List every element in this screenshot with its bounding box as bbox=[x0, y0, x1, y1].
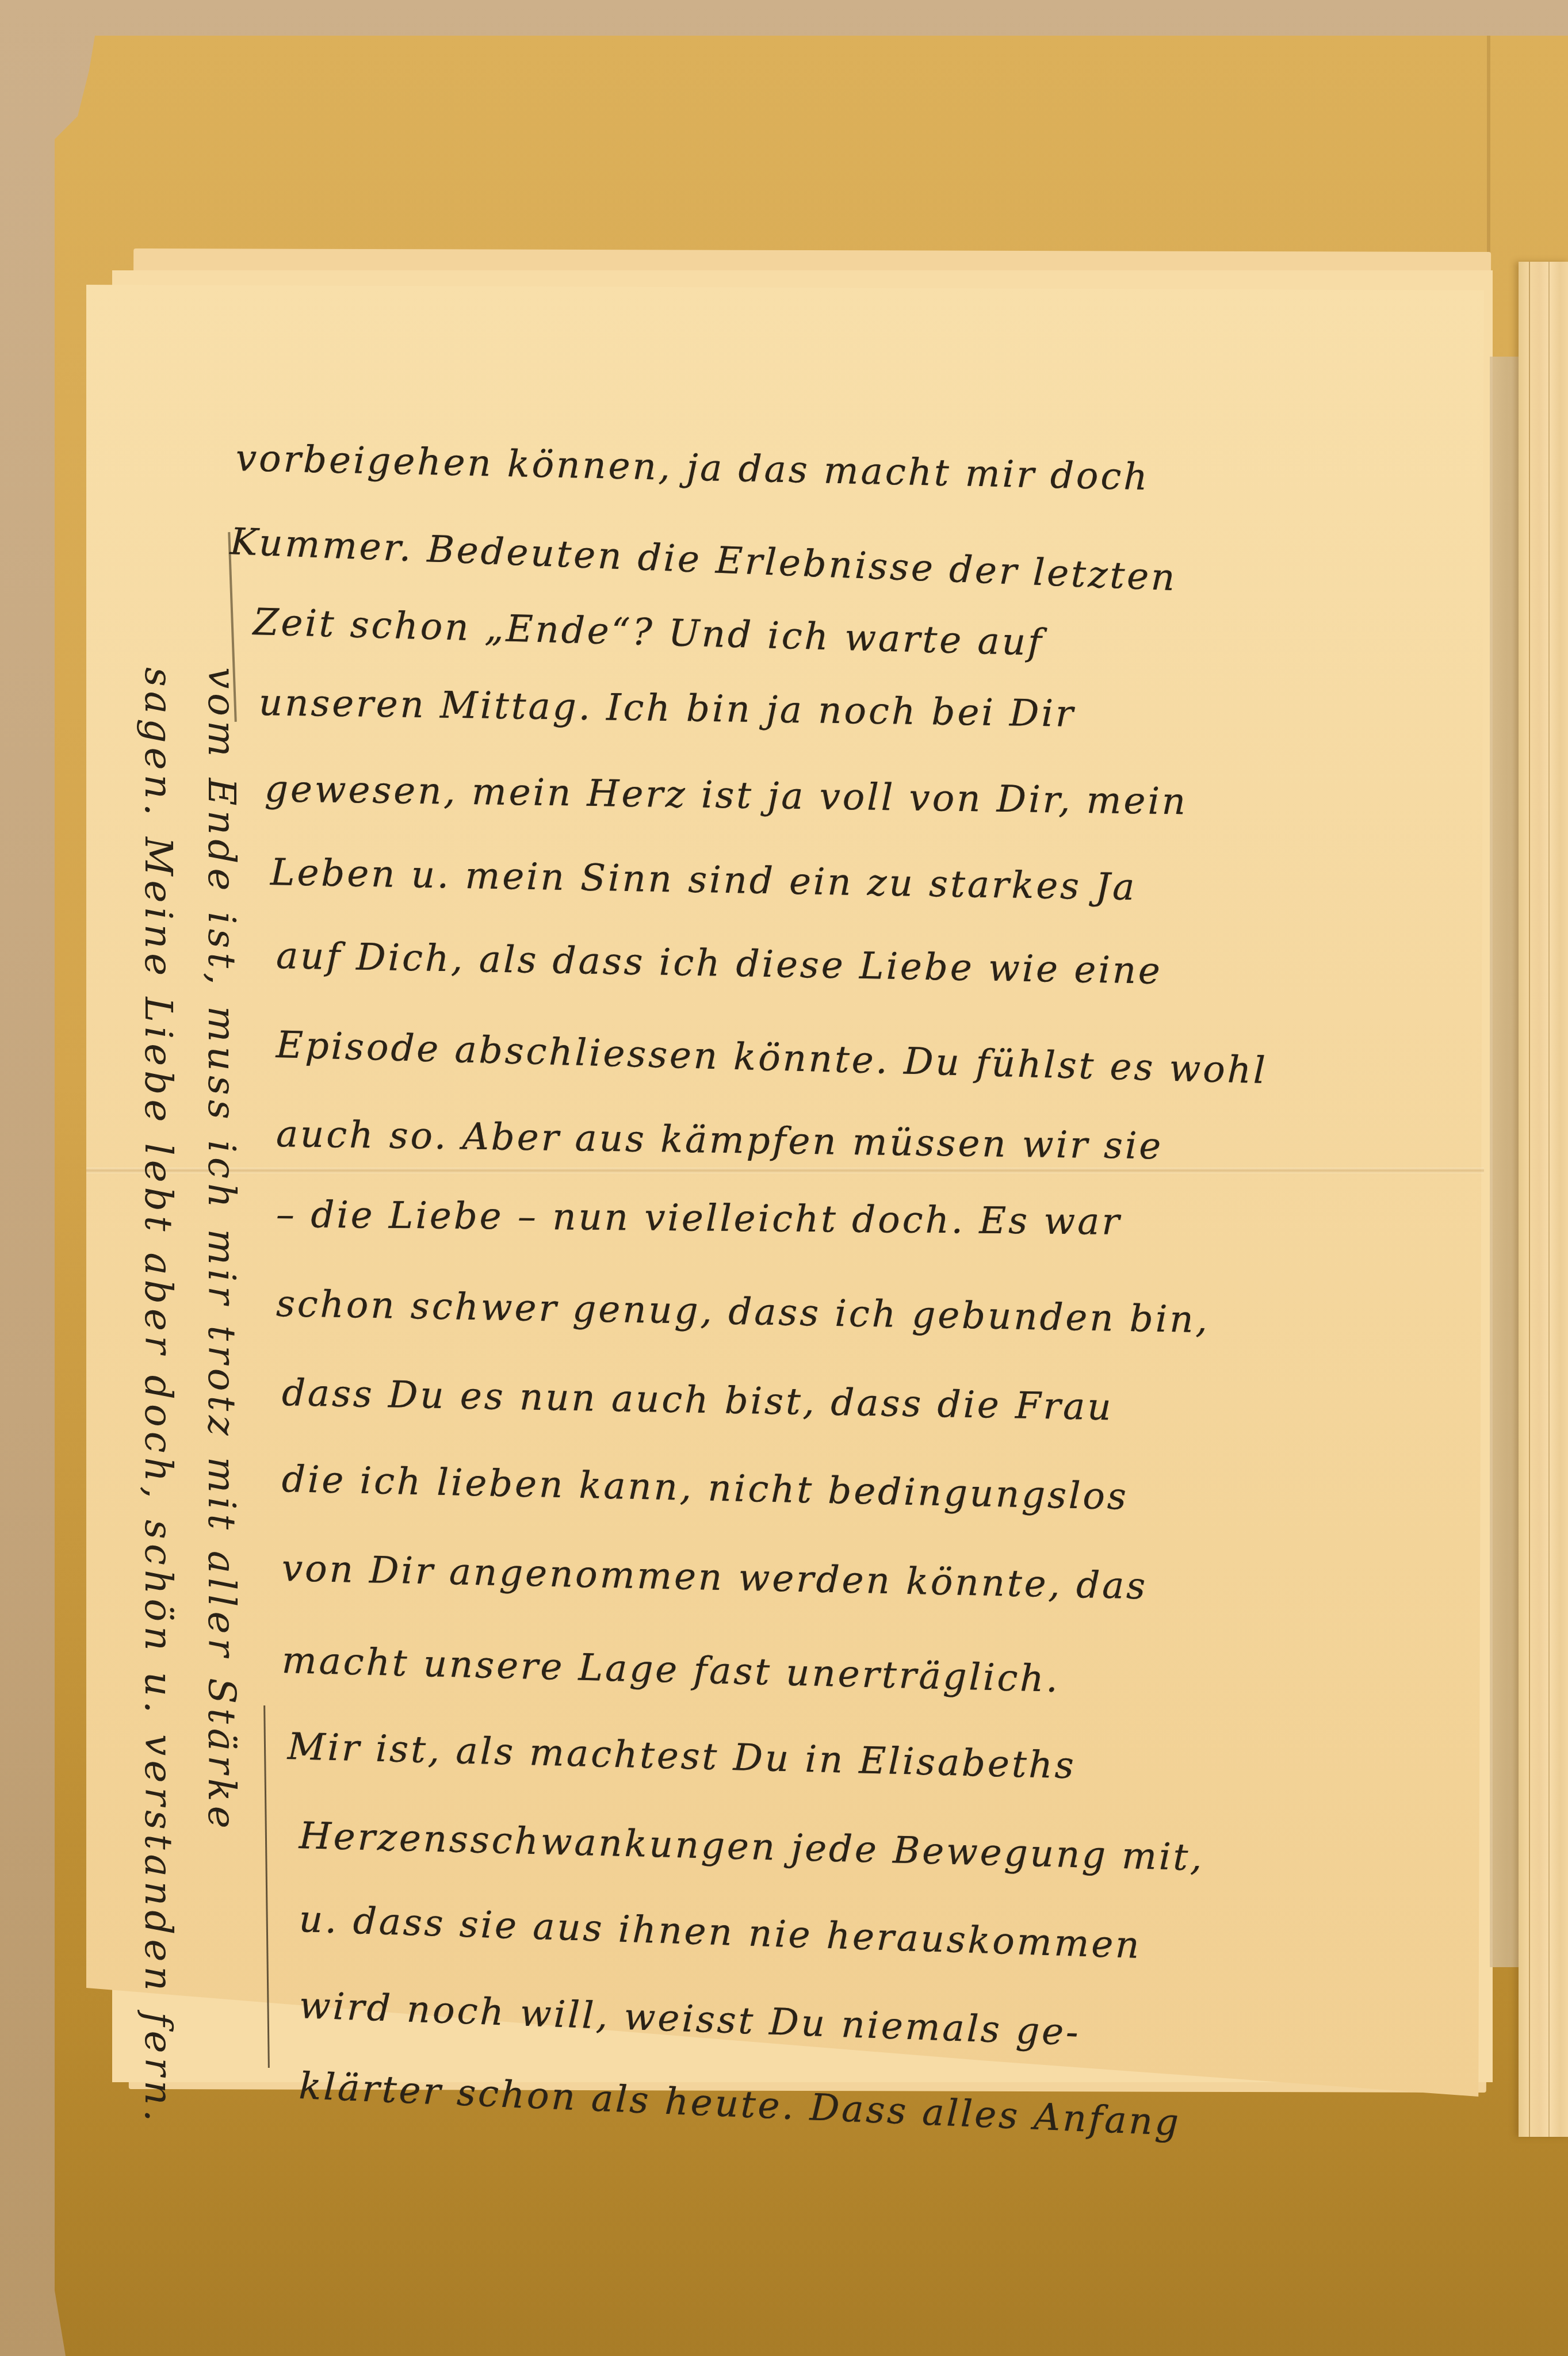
letter-line: Episode abschliessen könnte. Du fühlst e… bbox=[276, 1024, 1268, 1092]
letter-line: wird noch will, weisst Du niemals ge- bbox=[299, 1984, 1081, 2054]
letter-line: Herzensschwankungen jede Bewegung mit, bbox=[299, 1815, 1204, 1879]
letter-line: schon schwer genug, dass ich gebunden bi… bbox=[276, 1283, 1210, 1341]
letter-line: dass Du es nun auch bist, dass die Frau bbox=[281, 1372, 1114, 1429]
letter-line: – die Liebe – nun vielleicht doch. Es wa… bbox=[276, 1194, 1122, 1244]
letter-line: u. dass sie aus ihnen nie herauskommen bbox=[299, 1898, 1142, 1967]
letter-line: auch so. Aber aus kämpfen müssen wir sie bbox=[276, 1113, 1163, 1168]
letter-line: Leben u. mein Sinn sind ein zu starkes J… bbox=[270, 851, 1137, 909]
margin-note-line: sagen. Meine Liebe lebt aber doch, schön… bbox=[127, 667, 190, 2163]
letter-line: von Dir angenommen werden könnte, das bbox=[281, 1547, 1148, 1608]
letter-line: die ich lieben kann, nicht bedingungslos bbox=[281, 1458, 1129, 1519]
letter-line: Mir ist, als machtest Du in Elisabeths bbox=[287, 1726, 1076, 1787]
vertical-margin-note: vom Ende ist, muss ich mir trotz mit all… bbox=[127, 667, 253, 2163]
letter-line: auf Dich, als dass ich diese Liebe wie e… bbox=[276, 935, 1162, 993]
letter-line: macht unsere Lage fast unerträglich. bbox=[281, 1639, 1061, 1701]
margin-note-line: vom Ende ist, muss ich mir trotz mit all… bbox=[190, 667, 253, 2163]
letter-line: vorbeigehen können, ja das macht mir doc… bbox=[235, 437, 1150, 499]
letter-line: unseren Mittag. Ich bin ja noch bei Dir bbox=[258, 682, 1076, 736]
letter-line: Zeit schon „Ende“? Und ich warte auf bbox=[253, 601, 1045, 664]
letter-line: Kummer. Bedeuten die Erlebnisse der letz… bbox=[230, 521, 1178, 599]
letter-line: klärter schon als heute. Dass alles Anfa… bbox=[298, 2065, 1181, 2144]
letter-line: gewesen, mein Herz ist ja voll von Dir, … bbox=[264, 768, 1188, 823]
